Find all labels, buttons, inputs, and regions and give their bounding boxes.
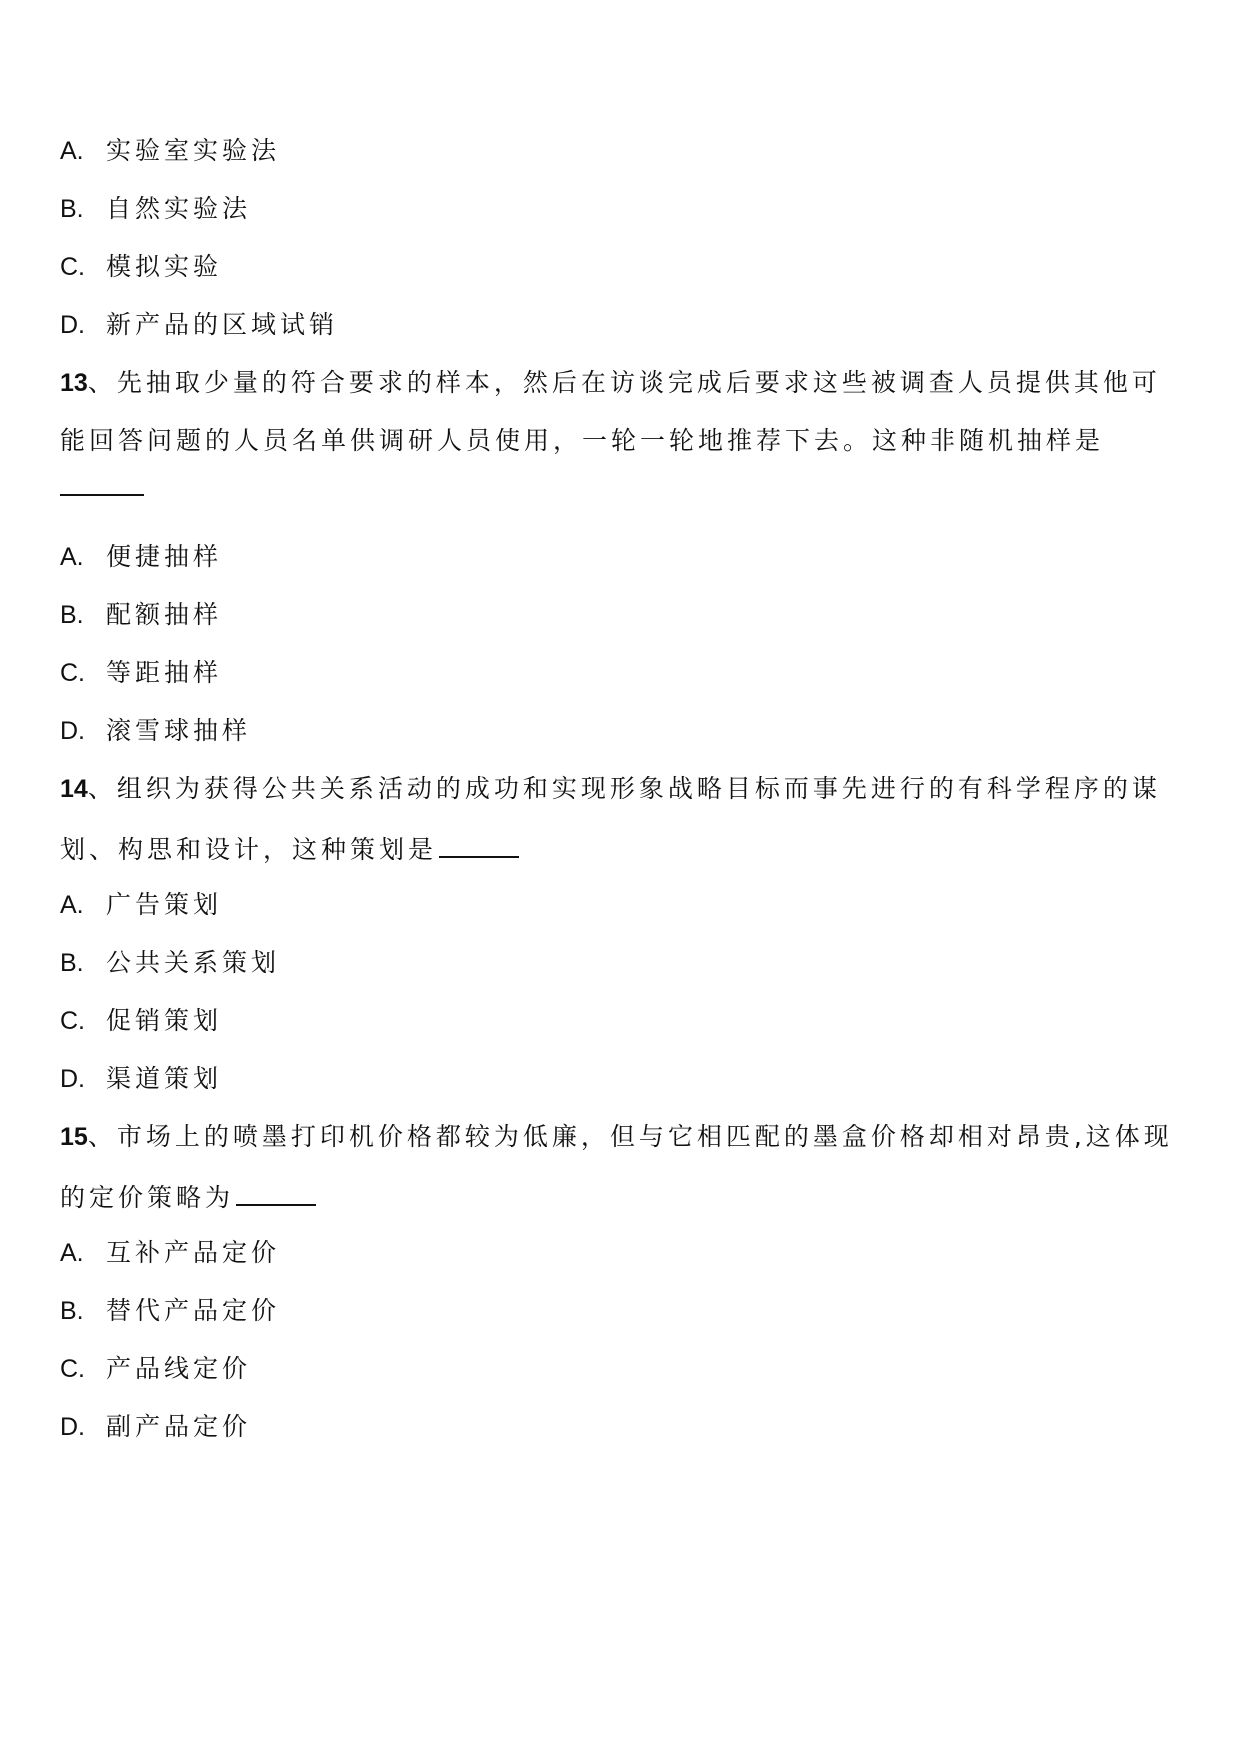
question-text: 能回答问题的人员名单供调研人员使用，一轮一轮地推荐下去。这种非随机抽样是 bbox=[60, 426, 1104, 455]
option-text: 实验室实验法 bbox=[106, 136, 280, 165]
option-text: 促销策划 bbox=[106, 1006, 222, 1035]
q15-option-a: A.互补产品定价 bbox=[60, 1236, 280, 1270]
option-text: 便捷抽样 bbox=[106, 542, 222, 571]
q12-option-d: D.新产品的区域试销 bbox=[60, 308, 338, 342]
question-text: 的定价策略为 bbox=[60, 1183, 234, 1212]
q13-stem-line2: 能回答问题的人员名单供调研人员使用，一轮一轮地推荐下去。这种非随机抽样是 bbox=[60, 424, 1104, 458]
option-text: 模拟实验 bbox=[106, 252, 222, 281]
option-text: 公共关系策划 bbox=[106, 948, 280, 977]
option-text: 替代产品定价 bbox=[106, 1296, 280, 1325]
question-text: 划、构思和设计，这种策划是 bbox=[60, 835, 437, 864]
option-letter: C. bbox=[60, 1352, 106, 1386]
question-number: 14 bbox=[60, 775, 88, 803]
answer-blank bbox=[236, 1178, 316, 1206]
q12-option-b: B.自然实验法 bbox=[60, 192, 251, 226]
q15-option-d: D.副产品定价 bbox=[60, 1410, 251, 1444]
q15-stem-line2: 的定价策略为 bbox=[60, 1178, 316, 1215]
option-letter: C. bbox=[60, 250, 106, 284]
option-text: 产品线定价 bbox=[106, 1354, 251, 1383]
q14-option-d: D.渠道策划 bbox=[60, 1062, 222, 1096]
q13-option-b: B.配额抽样 bbox=[60, 598, 222, 632]
option-letter: C. bbox=[60, 656, 106, 690]
option-text: 自然实验法 bbox=[106, 194, 251, 223]
q14-option-a: A.广告策划 bbox=[60, 888, 222, 922]
question-number: 15 bbox=[60, 1123, 88, 1151]
q14-option-c: C.促销策划 bbox=[60, 1004, 222, 1038]
option-text: 副产品定价 bbox=[106, 1412, 251, 1441]
option-letter: C. bbox=[60, 1004, 106, 1038]
q15-option-b: B.替代产品定价 bbox=[60, 1294, 280, 1328]
option-text: 滚雪球抽样 bbox=[106, 716, 251, 745]
option-letter: D. bbox=[60, 714, 106, 748]
question-text: 、组织为获得公共关系活动的成功和实现形象战略目标而事先进行的有科学程序的谋 bbox=[88, 774, 1161, 803]
option-text: 互补产品定价 bbox=[106, 1238, 280, 1267]
q14-stem-line2: 划、构思和设计，这种策划是 bbox=[60, 830, 519, 867]
q13-option-c: C.等距抽样 bbox=[60, 656, 222, 690]
q13-stem-line1: 13、先抽取少量的符合要求的样本，然后在访谈完成后要求这些被调查人员提供其他可 bbox=[60, 366, 1161, 400]
option-letter: B. bbox=[60, 946, 106, 980]
q12-option-a: A.实验室实验法 bbox=[60, 134, 280, 168]
answer-blank bbox=[439, 830, 519, 858]
option-letter: D. bbox=[60, 308, 106, 342]
option-text: 渠道策划 bbox=[106, 1064, 222, 1093]
q13-option-a: A.便捷抽样 bbox=[60, 540, 222, 574]
q15-stem-line1: 15、市场上的喷墨打印机价格都较为低廉，但与它相匹配的墨盒价格却相对昂贵,这体现 bbox=[60, 1120, 1173, 1154]
option-text: 配额抽样 bbox=[106, 600, 222, 629]
option-letter: A. bbox=[60, 1236, 106, 1270]
q13-option-d: D.滚雪球抽样 bbox=[60, 714, 251, 748]
option-text: 广告策划 bbox=[106, 890, 222, 919]
q14-stem-line1: 14、组织为获得公共关系活动的成功和实现形象战略目标而事先进行的有科学程序的谋 bbox=[60, 772, 1161, 806]
option-letter: B. bbox=[60, 1294, 106, 1328]
option-letter: D. bbox=[60, 1410, 106, 1444]
q15-option-c: C.产品线定价 bbox=[60, 1352, 251, 1386]
question-text: 、市场上的喷墨打印机价格都较为低廉，但与它相匹配的墨盒价格却相对昂贵,这体现 bbox=[88, 1122, 1173, 1151]
q14-option-b: B.公共关系策划 bbox=[60, 946, 280, 980]
option-letter: A. bbox=[60, 540, 106, 574]
option-letter: D. bbox=[60, 1062, 106, 1096]
answer-blank bbox=[60, 494, 144, 496]
question-text: 、先抽取少量的符合要求的样本，然后在访谈完成后要求这些被调查人员提供其他可 bbox=[88, 368, 1161, 397]
document-page: A.实验室实验法 B.自然实验法 C.模拟实验 D.新产品的区域试销 13、先抽… bbox=[0, 0, 1240, 1754]
option-text: 新产品的区域试销 bbox=[106, 310, 338, 339]
option-letter: B. bbox=[60, 598, 106, 632]
q12-option-c: C.模拟实验 bbox=[60, 250, 222, 284]
question-number: 13 bbox=[60, 369, 88, 397]
option-letter: A. bbox=[60, 134, 106, 168]
option-letter: A. bbox=[60, 888, 106, 922]
option-text: 等距抽样 bbox=[106, 658, 222, 687]
option-letter: B. bbox=[60, 192, 106, 226]
